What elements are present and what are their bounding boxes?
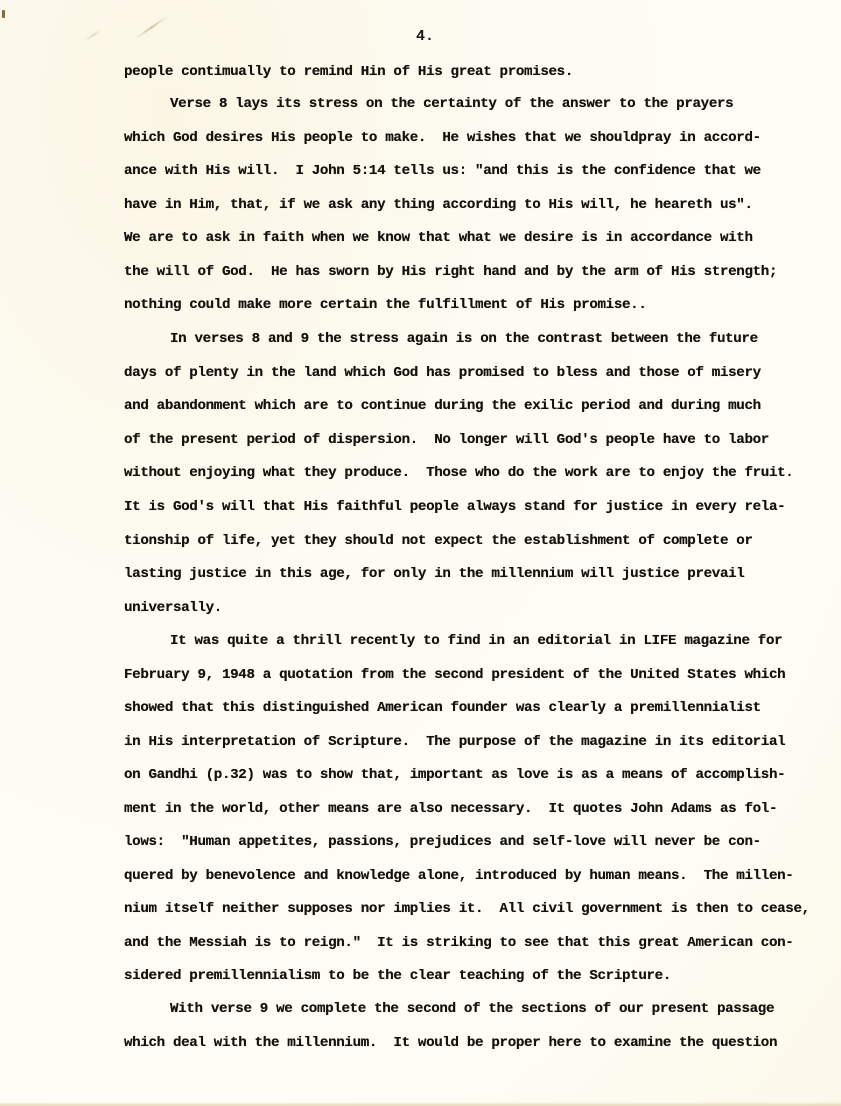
text-line: With verse 9 we complete the second of t… xyxy=(170,1000,774,1018)
text-line: universally. xyxy=(124,599,222,617)
text-line: the will of God. He has sworn by His rig… xyxy=(124,263,777,281)
text-line: nothing could make more certain the fulf… xyxy=(124,296,647,314)
text-line: lasting justice in this age, for only in… xyxy=(124,565,744,583)
text-line: nium itself neither supposes nor implies… xyxy=(124,900,810,918)
text-line: ance with His will. I John 5:14 tells us… xyxy=(124,162,761,180)
document-page: 4. people contimually to remind Hin of H… xyxy=(0,0,841,1106)
text-line: February 9, 1948 a quotation from the se… xyxy=(124,666,785,684)
text-line: Verse 8 lays its stress on the certainty… xyxy=(170,95,733,113)
text-line: showed that this distinguished American … xyxy=(124,699,761,717)
text-line: It was quite a thrill recently to find i… xyxy=(170,632,782,650)
text-line: and abandonment which are to continue du… xyxy=(124,397,761,415)
text-line: have in Him, that, if we ask any thing a… xyxy=(124,196,753,214)
corner-mark xyxy=(2,10,5,18)
text-line: of the present period of dispersion. No … xyxy=(124,431,769,449)
text-line: It is God's will that His faithful peopl… xyxy=(124,498,785,516)
text-line: which God desires His people to make. He… xyxy=(124,129,761,147)
text-line: in His interpretation of Scripture. The … xyxy=(124,733,785,751)
page-number: 4. xyxy=(416,28,434,45)
text-line: and the Messiah is to reign." It is stri… xyxy=(124,934,793,952)
text-line: lows: "Human appetites, passions, prejud… xyxy=(124,833,761,851)
page-bottom-edge xyxy=(0,1102,841,1106)
text-line: on Gandhi (p.32) was to show that, impor… xyxy=(124,766,785,784)
text-line: people contimually to remind Hin of His … xyxy=(124,63,573,81)
paper-smudge xyxy=(84,29,102,42)
text-line: which deal with the millennium. It would… xyxy=(124,1034,777,1052)
text-line: sidered premillennialism to be the clear… xyxy=(124,967,671,985)
text-line: ment in the world, other means are also … xyxy=(124,800,777,818)
text-line: quered by benevolence and knowledge alon… xyxy=(124,867,793,885)
text-line: without enjoying what they produce. Thos… xyxy=(124,464,793,482)
text-line: We are to ask in faith when we know that… xyxy=(124,229,753,247)
text-line: days of plenty in the land which God has… xyxy=(124,364,761,382)
text-line: In verses 8 and 9 the stress again is on… xyxy=(170,330,758,348)
paper-smudge xyxy=(134,15,168,40)
text-line: tionship of life, yet they should not ex… xyxy=(124,532,753,550)
